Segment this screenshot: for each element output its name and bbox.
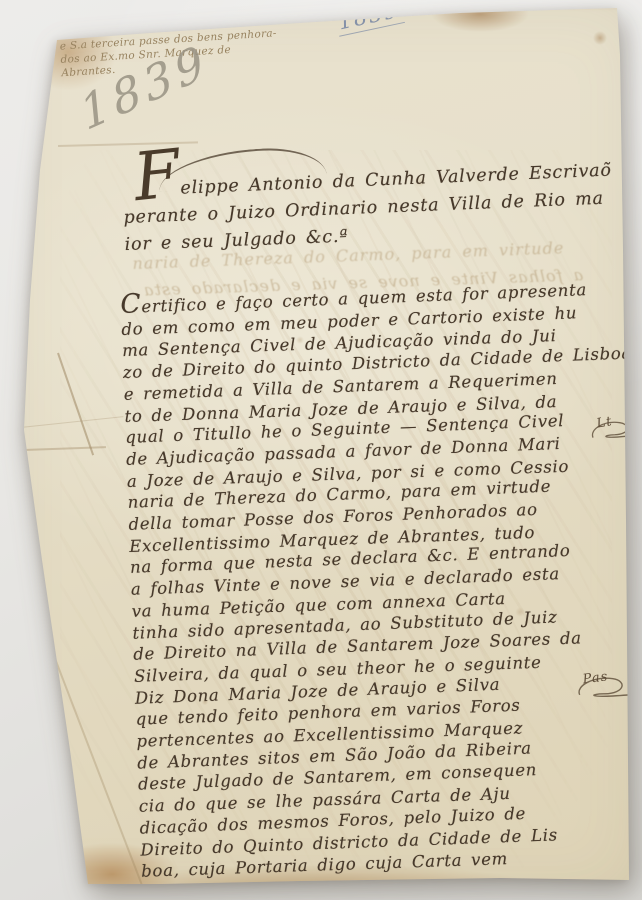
rubric-text: Pas [582, 669, 609, 687]
crease-line [57, 353, 94, 456]
margin-rubric: Pas [572, 669, 633, 708]
rubric-text: Lt [595, 414, 613, 432]
photo-background: Cert.am dad.a p.a D. M.a Joze d'Araujoe … [0, 0, 642, 900]
crease-line [20, 416, 124, 428]
paper-shadow: Cert.am dad.a p.a D. M.a Joze d'Araujoe … [0, 0, 642, 900]
crease-line [29, 592, 142, 884]
certificate-body: Certifico e faço certo a quem esta for a… [120, 275, 607, 883]
crease-line [24, 446, 106, 451]
year-mark-ink: 1839 [334, 0, 405, 37]
margin-rubric: Lt [586, 412, 640, 448]
flourish-dash [252, 15, 268, 19]
manuscript-paper: Cert.am dad.a p.a D. M.a Joze d'Araujoe … [0, 0, 642, 900]
page-number: 21. [221, 5, 255, 27]
rubric-flourish-icon [586, 412, 640, 448]
